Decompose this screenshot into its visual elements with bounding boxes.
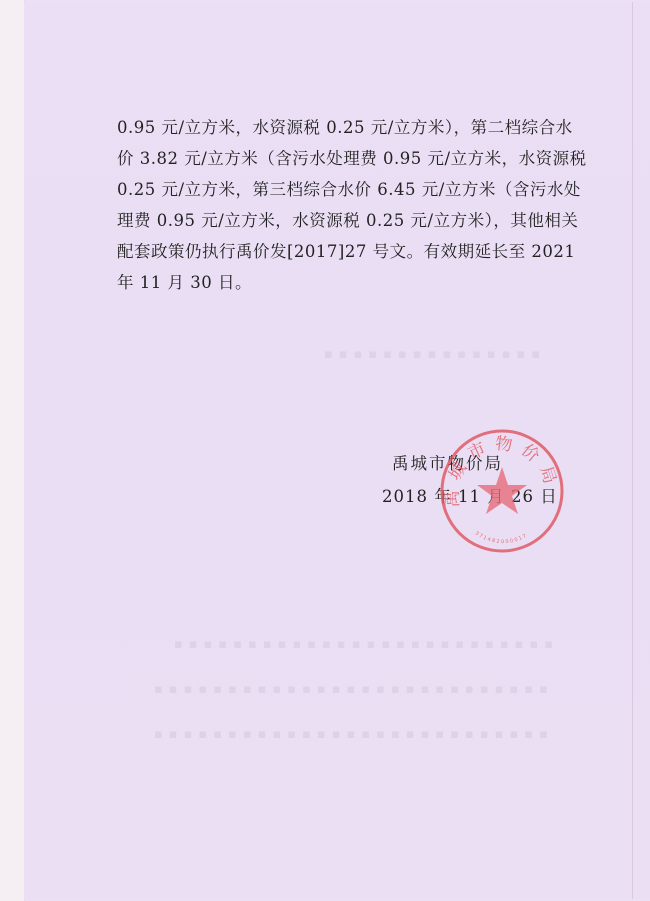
bleed-through-text: ▪▪▪▪▪▪▪▪▪▪▪▪▪▪▪ — [324, 347, 546, 362]
bleed-through-text: ▪▪▪▪▪▪▪▪▪▪▪▪▪▪▪▪▪▪▪▪▪▪▪▪▪▪▪ — [154, 682, 554, 697]
bleed-through-text: ▪▪▪▪▪▪▪▪▪▪▪▪▪▪▪▪▪▪▪▪▪▪▪▪▪▪▪ — [154, 727, 554, 742]
svg-text:371482000017: 371482000017 — [474, 530, 529, 545]
body-paragraph: 0.95 元/立方米，水资源税 0.25 元/立方米），第二档综合水 价 3.8… — [117, 112, 547, 298]
star-icon — [477, 467, 527, 514]
body-line: 0.95 元/立方米，水资源税 0.25 元/立方米），第二档综合水 — [117, 112, 547, 143]
body-line: 0.25 元/立方米，第三档综合水价 6.45 元/立方米（含污水处 — [117, 174, 547, 205]
body-line: 配套政策仍执行禹价发[2017]27 号文。有效期延长至 2021 — [117, 236, 547, 267]
fold-line — [632, 2, 633, 899]
body-line: 年 11 月 30 日。 — [117, 267, 547, 298]
bleed-through-text: ▪▪▪▪▪▪▪▪▪▪▪▪▪▪▪▪▪▪▪▪▪▪▪▪▪▪ — [174, 637, 559, 652]
scan-edge-strip — [0, 0, 25, 901]
seal-serial: 371482000017 — [474, 530, 529, 545]
official-seal: 禹城市物价局 371482000017 — [438, 427, 566, 555]
body-line: 理费 0.95 元/立方米，水资源税 0.25 元/立方米），其他相关 — [117, 205, 547, 236]
body-line: 价 3.82 元/立方米（含污水处理费 0.95 元/立方米，水资源税 — [117, 143, 547, 174]
